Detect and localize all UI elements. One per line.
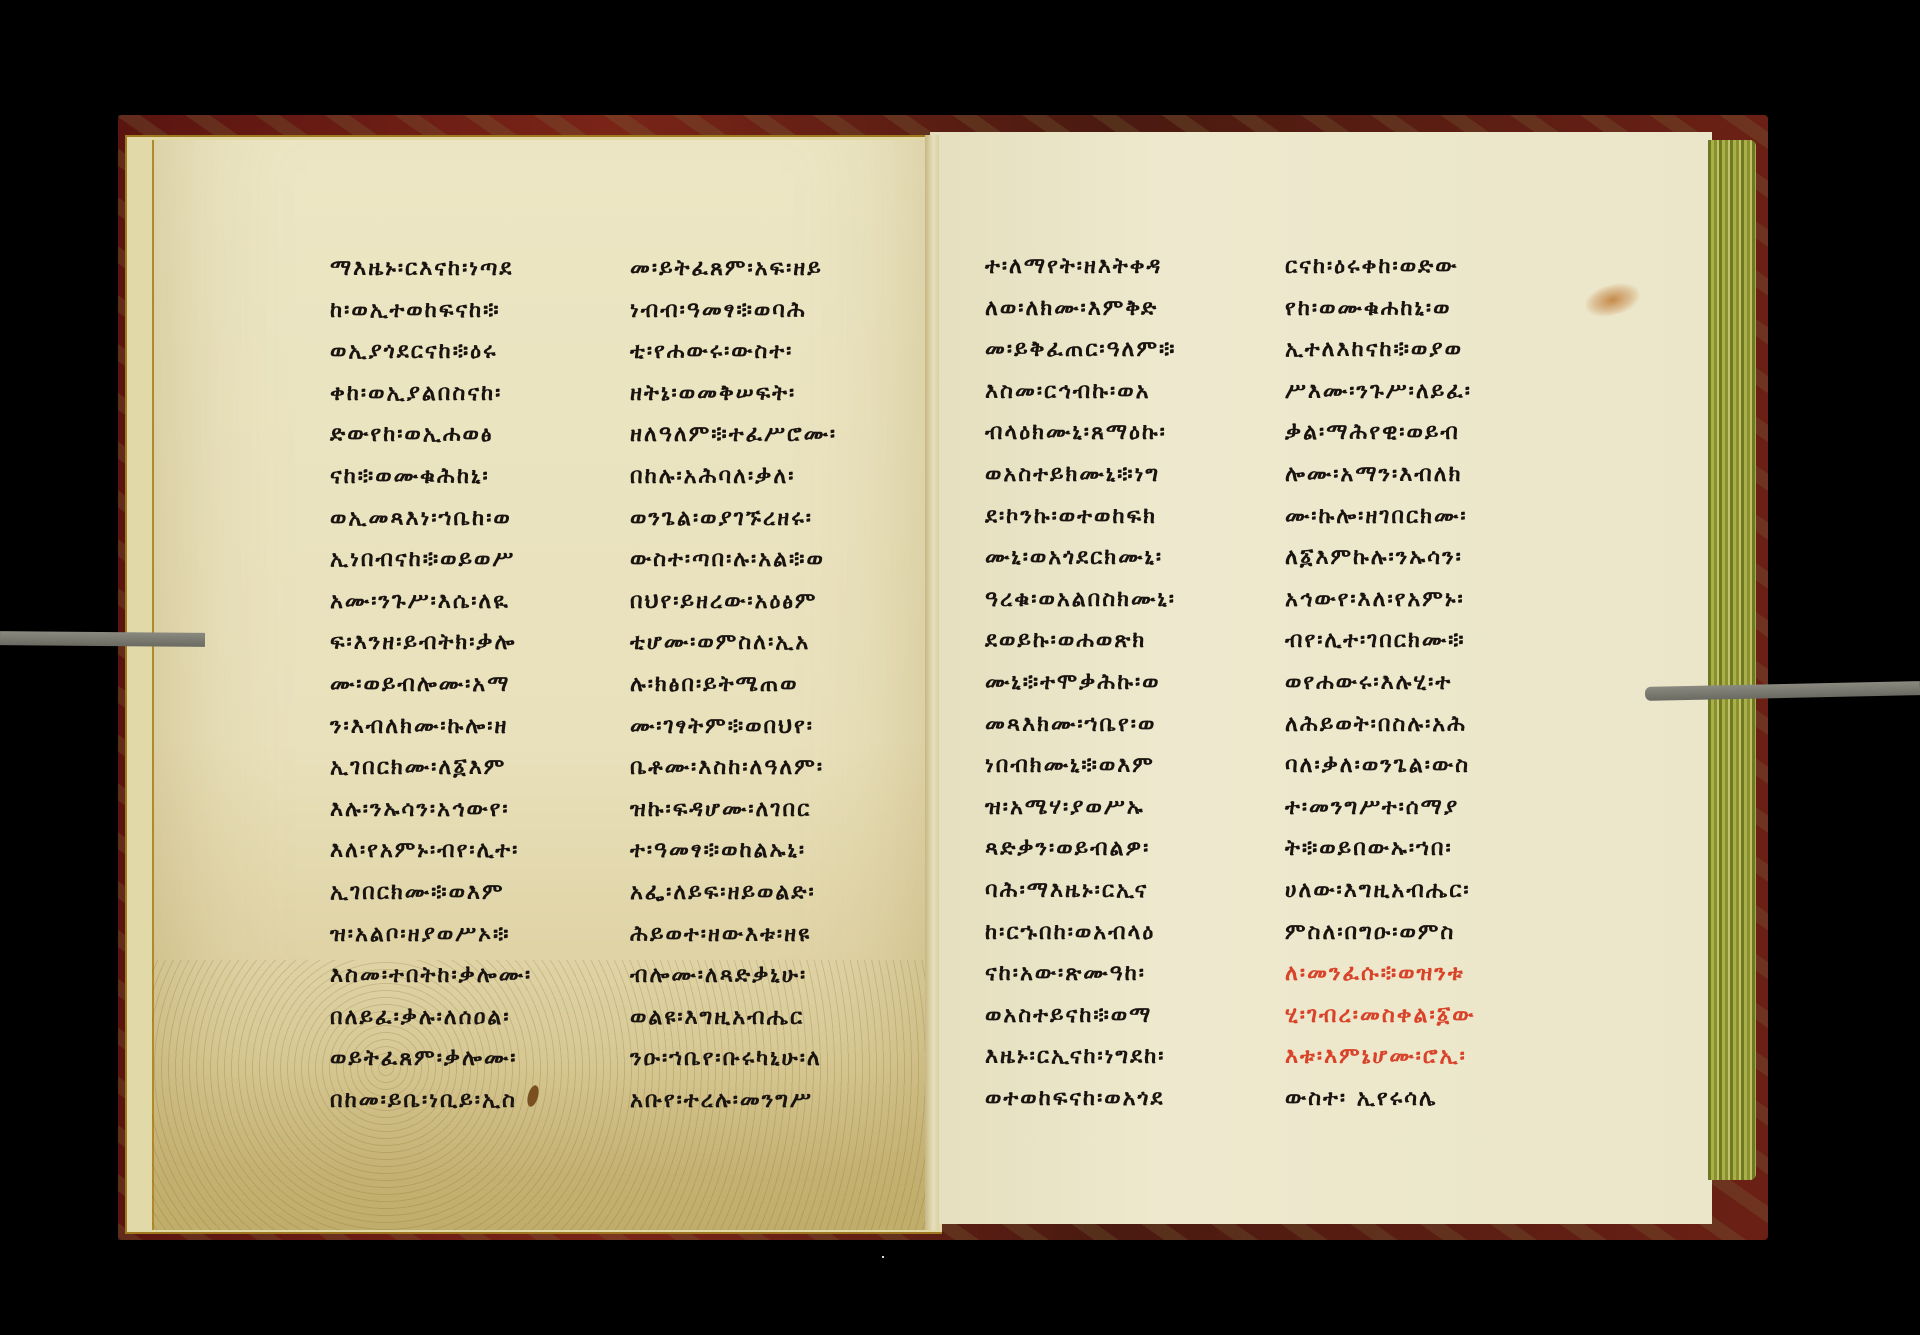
manuscript-line: እሉ፡ንኡሳን፡አኅውየ፡ [330,789,615,831]
left-page-column-2: መ፡ይትፈጸም፡አፍ፡ዘይነብብ፡ዓመፃ፨ወባሕቲ፡የሐውሩ፡ውስተ፡ዘትኔ፡ወ… [630,248,915,1121]
manuscript-line: ኢተለእከናከ፨ወያወ [1285,329,1570,371]
manuscript-line: ወኢያጎደርናከ፨ዕሩ [330,331,615,373]
manuscript-line: ተ፡ለማየት፡ዘእትቀዳ [985,246,1270,288]
manuscript-line: ዘለዓለም፨ተፈሥሮሙ፡ [630,414,915,456]
manuscript-line: ከ፡ወኢተወከፍናከ፨ [330,290,615,332]
manuscript-line: ሙኒ፡ወአጎደርክሙኒ፡ [985,537,1270,579]
manuscript-line: ወይትፈጸም፡ቃሎሙ፡ [330,1038,615,1080]
manuscript-line: መ፡ይቅፈጠር፡ዓለም፨ [985,329,1270,371]
manuscript-line: ት፨ወይበውኡ፡ኀበ፡ [1285,828,1570,870]
manuscript-line: ንዑ፡ኀቤየ፡ቡሩካኒሁ፡ለ [630,1038,915,1080]
manuscript-line: ተ፡ዓመፃ፨ወከልኡኒ፡ [630,830,915,872]
manuscript-line: ሕይወተ፡ዘውእቱ፡ዘዩ [630,914,915,956]
manuscript-line: ብላዕክሙኒ፡ጸማዕኩ፡ [985,412,1270,454]
manuscript-line: ወየሐውሩ፡እሉሂ፡ተ [1285,662,1570,704]
manuscript-line: ሀለው፡እግዚአብሔር፡ [1285,870,1570,912]
manuscript-line: መ፡ይትፈጸም፡አፍ፡ዘይ [630,248,915,290]
manuscript-line: እቱ፡እምኔሆሙ፡ሮኢ፡ [1285,1036,1570,1078]
book-gutter [925,135,939,1230]
manuscript-line: ለሕይወት፡በስሉ፡አሕ [1285,704,1570,746]
manuscript-line: ወንጌል፡ወያገኙረዘሩ፡ [630,498,915,540]
manuscript-line: ባሕ፡ማእዜኑ፡ርኢና [985,870,1270,912]
manuscript-line: ምስለ፡በግዑ፡ወምስ [1285,912,1570,954]
right-page-column-1: ተ፡ለማየት፡ዘእትቀዳለወ፡ለክሙ፡እምቅድመ፡ይቅፈጠር፡ዓለም፨እስመ፡ር… [985,246,1270,1119]
manuscript-line: በለይፈ፡ቃሉ፡ለሰዐል፡ [330,997,615,1039]
manuscript-line: ወአስተይናከ፨ወማ [985,995,1270,1037]
manuscript-line: እለ፡የአምኑ፡ብየ፡ሊተ፡ [330,830,615,872]
manuscript-line: እስመ፡ርኅብኩ፡ወአ [985,371,1270,413]
manuscript-line: ሎሙ፡አማን፡እብለክ [1285,454,1570,496]
manuscript-line: ብየ፡ሊተ፡ገበርክሙ፨ [1285,620,1570,662]
manuscript-line: ወልዩ፡እግዚአብሔር [630,997,915,1039]
manuscript-line: ከ፡ርኁበከ፡ወአብላዕ [985,912,1270,954]
manuscript-line: ወኢመጻእነ፡ኀቤከ፡ወ [330,498,615,540]
manuscript-line: ቲሆሙ፡ወምስለ፡ኢአ [630,622,915,664]
manuscript-line: ኢገበርክሙ፨ወእም [330,872,615,914]
manuscript-line: ዝኩ፡ፍዳሆሙ፡ለገበር [630,789,915,831]
manuscript-line: ነበብክሙኒ፨ወእም [985,745,1270,787]
manuscript-line: ደ፡ኮንኩ፡ወተወከፍክ [985,496,1270,538]
manuscript-line: ሙ፡ወይብሎሙ፡አማ [330,664,615,706]
manuscript-line: ባለ፡ቃለ፡ወንጌል፡ውስ [1285,745,1570,787]
manuscript-line: እስመ፡ተበትከ፡ቃሎሙ፡ [330,955,615,997]
manuscript-line: ርናከ፡ዕሩቀከ፡ወድው [1285,246,1570,288]
manuscript-line: ሂ፡ገብረ፡መስቀል፡፩ው [1285,995,1570,1037]
manuscript-line: ሥእሙ፡ንጉሥ፡ለይፈ፡ [1285,371,1570,413]
manuscript-line: አቡየ፡ተረሉ፡መንግሥ [630,1080,915,1122]
manuscript-line: ዝ፡አልቦ፡ዘያወሥኦ፨ [330,914,615,956]
manuscript-line: ውስተ፡ ኢየሩሳሌ [1285,1078,1570,1120]
manuscript-line: ነብብ፡ዓመፃ፨ወባሕ [630,290,915,332]
manuscript-line: ሙ፡ኩሎ፡ዘገበርክሙ፡ [1285,496,1570,538]
manuscript-line: ን፡እብለክሙ፡ኩሎ፡ዘ [330,706,615,748]
right-page-column-2: ርናከ፡ዕሩቀከ፡ወድውየከ፡ወሙቁሐከኒ፡ወኢተለእከናከ፨ወያወሥእሙ፡ንጉ… [1285,246,1570,1119]
manuscript-line: ተ፡መንግሥተ፡ሰማያ [1285,787,1570,829]
manuscript-line: ወአስተይክሙኒ፨ነግ [985,454,1270,496]
manuscript-line: ቤቶሙ፡እስከ፡ለዓለም፡ [630,747,915,789]
manuscript-line: ቲ፡የሐውሩ፡ውስተ፡ [630,331,915,373]
manuscript-line: ቀከ፡ወኢያልበስናከ፡ [330,373,615,415]
manuscript-line: እዜኑ፡ርኢናከ፡ነግደከ፡ [985,1036,1270,1078]
manuscript-line: ናከ፡አው፡ጽሙዓከ፡ [985,953,1270,995]
manuscript-line: ቃል፡ማሕየዊ፡ወይብ [1285,412,1570,454]
manuscript-line: ድውየከ፡ወኢሐወፅ [330,414,615,456]
manuscript-line: በህየ፡ይዘረው፡አዕፅም [630,581,915,623]
manuscript-line: በከመ፡ይቤ፡ነቢይ፡ኢስ [330,1080,615,1122]
manuscript-line: መጻእክሙ፡ኀቤየ፡ወ [985,704,1270,746]
manuscript-line: ሙኒ፨ተሞቃሕኩ፡ወ [985,662,1270,704]
manuscript-line: አሙ፡ንጉሥ፡እሴ፡ለዪ [330,581,615,623]
manuscript-line: ብሎሙ፡ለጻድቃኒሁ፡ [630,955,915,997]
manuscript-line: ውስተ፡ጣበ፡ሉ፡አል፨ወ [630,539,915,581]
manuscript-line: ወተወከፍናከ፡ወአጎደ [985,1078,1270,1120]
manuscript-line: ሉ፡ክፅበ፡ይትሜጠወ [630,664,915,706]
manuscript-line: ዘትኔ፡ወመቅሠፍት፡ [630,373,915,415]
page-block-edge [1708,140,1756,1180]
manuscript-line: ናከ፨ወሙቁሕከኒ፡ [330,456,615,498]
dust-speck [882,1256,884,1258]
manuscript-line: ዓረቁ፡ወአልበስክሙኒ፡ [985,579,1270,621]
manuscript-line: አኅውየ፡እለ፡የአምኑ፡ [1285,579,1570,621]
manuscript-line: ለወ፡ለክሙ፡እምቅድ [985,288,1270,330]
bookmark-strip-left [0,631,205,647]
manuscript-line: በከሉ፡አሕባለ፡ቃለ፡ [630,456,915,498]
manuscript-line: ፍ፡እንዘ፡ይብትክ፡ቃሎ [330,622,615,664]
manuscript-line: አፌ፡ለይፍ፡ዘይወልድ፡ [630,872,915,914]
manuscript-line: ለ፩እምኩሉ፡ንኡሳን፡ [1285,537,1570,579]
manuscript-line: ሙ፡ገፃትም፨ወበህየ፡ [630,706,915,748]
manuscript-line: ደወይኩ፡ወሐወጽክ [985,620,1270,662]
manuscript-line: ኢነበብናከ፨ወይወሥ [330,539,615,581]
manuscript-line: ለ፡መንፈሱ፨ወዝንቱ [1285,953,1570,995]
left-page-column-1: ማእዜኑ፡ርእናከ፡ነጣደከ፡ወኢተወከፍናከ፨ወኢያጎደርናከ፨ዕሩቀከ፡ወኢ… [330,248,615,1121]
manuscript-line: ዝ፡አሜሃ፡ያወሥኡ [985,787,1270,829]
manuscript-line: ጻድቃን፡ወይብልዎ፡ [985,828,1270,870]
manuscript-line: የከ፡ወሙቁሐከኒ፡ወ [1285,288,1570,330]
manuscript-line: ኢገበርክሙ፡ለ፩እም [330,747,615,789]
manuscript-line: ማእዜኑ፡ርእናከ፡ነጣደ [330,248,615,290]
